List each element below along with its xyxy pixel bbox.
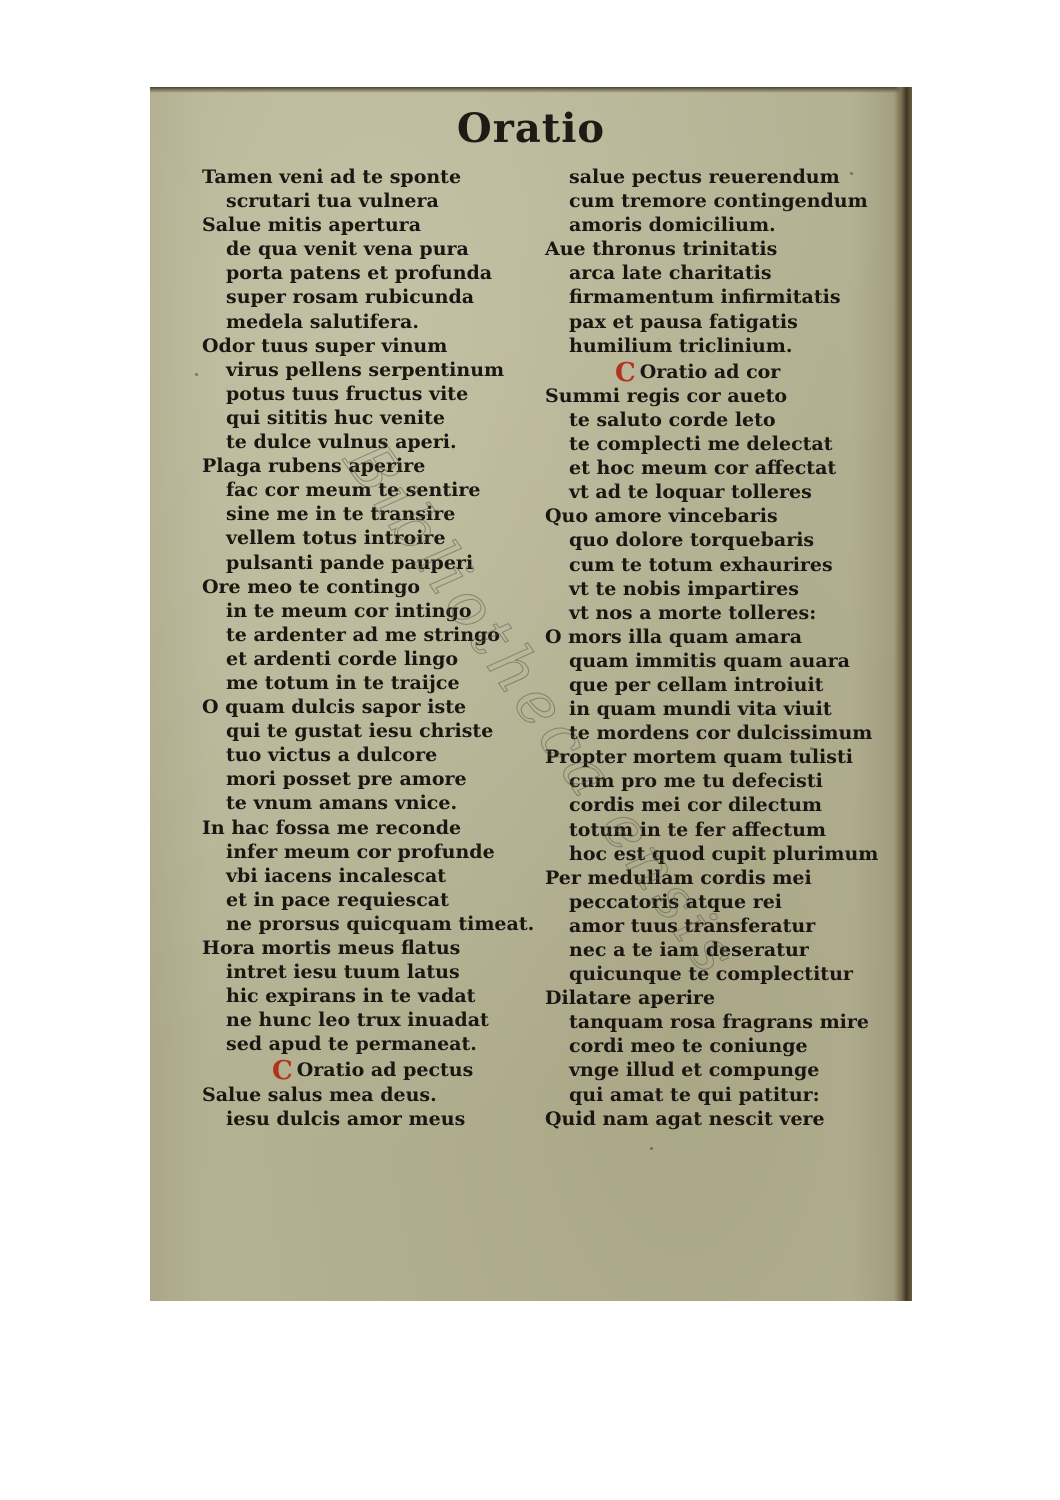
verse-text: iesu dulcis amor meus	[226, 1108, 465, 1130]
page-gutter-edge	[894, 87, 912, 1301]
verse-text: Tamen veni ad te sponte	[202, 166, 461, 188]
verse-line: medela salutifera.	[202, 310, 532, 334]
verse-text: vt nos a morte tolleres:	[569, 602, 816, 624]
verse-text: qui sititis huc venite	[226, 407, 445, 429]
verse-text: in quam mundi vita viuit	[569, 698, 832, 720]
verse-text: firmamentum infirmitatis	[569, 286, 841, 308]
verse-text: ne prorsus quicquam timeat.	[226, 913, 534, 935]
verse-text: te complecti me delectat	[569, 433, 833, 455]
verse-text: que per cellam introiuit	[569, 674, 823, 696]
verse-text: O mors illa quam amara	[545, 626, 802, 648]
verse-text: Aue thronus trinitatis	[545, 238, 777, 260]
verse-line: de qua venit vena pura	[202, 237, 532, 261]
verse-text: arca late charitatis	[569, 262, 772, 284]
verse-text: et hoc meum cor affectat	[569, 457, 836, 479]
verse-line: iesu dulcis amor meus	[202, 1107, 532, 1131]
verse-line: qui te gustat iesu christe	[202, 719, 532, 743]
verse-line: quam immitis quam auara	[545, 649, 875, 673]
section-heading: COratio ad cor	[545, 358, 875, 384]
verse-line: et hoc meum cor affectat	[545, 456, 875, 480]
verse-line: vnge illud et compunge	[545, 1058, 875, 1082]
verse-line: te complecti me delectat	[545, 432, 875, 456]
verse-line: qui sititis huc venite	[202, 406, 532, 430]
verse-line: O quam dulcis sapor iste	[202, 695, 532, 719]
verse-text: salue pectus reuerendum	[569, 166, 840, 188]
page-scan: Oratio Tamen veni ad te spontescrutari t…	[150, 87, 912, 1301]
rubric-initial: C	[615, 358, 636, 388]
verse-text: quo dolore torquebaris	[569, 529, 814, 551]
verse-line: scrutari tua vulnera	[202, 189, 532, 213]
verse-line: In hac fossa me reconde	[202, 816, 532, 840]
verse-text: In hac fossa me reconde	[202, 817, 461, 839]
verse-text: te dulce vulnus aperi.	[226, 431, 457, 453]
verse-text: intret iesu tuum latus	[226, 961, 460, 983]
verse-text: virus pellens serpentinum	[226, 359, 504, 381]
verse-text: sed apud te permaneat.	[226, 1033, 477, 1055]
verse-line: tanquam rosa fragrans mire	[545, 1010, 875, 1034]
verse-line: vt te nobis impartires	[545, 577, 875, 601]
ink-speck	[195, 373, 198, 376]
verse-text: pax et pausa fatigatis	[569, 311, 798, 333]
verse-text: Summi regis cor aueto	[545, 385, 787, 407]
verse-line: mori posset pre amore	[202, 767, 532, 791]
verse-line: vt ad te loquar tolleres	[545, 480, 875, 504]
verse-line: virus pellens serpentinum	[202, 358, 532, 382]
verse-text: cordi meo te coniunge	[569, 1035, 808, 1057]
verse-line: intret iesu tuum latus	[202, 960, 532, 984]
verse-line: te vnum amans vnice.	[202, 791, 532, 815]
verse-line: Aue thronus trinitatis	[545, 237, 875, 261]
verse-line: Tamen veni ad te sponte	[202, 165, 532, 189]
verse-text: te saluto corde leto	[569, 409, 776, 431]
verse-text: Odor tuus super vinum	[202, 335, 447, 357]
verse-line: te saluto corde leto	[545, 408, 875, 432]
verse-line: hic expirans in te vadat	[202, 984, 532, 1008]
verse-line: super rosam rubicunda	[202, 285, 532, 309]
verse-line: pax et pausa fatigatis	[545, 310, 875, 334]
verse-text: Hora mortis meus flatus	[202, 937, 460, 959]
verse-text: te vnum amans vnice.	[226, 792, 457, 814]
right-column: salue pectus reuerendumcum tremore conti…	[545, 165, 875, 1131]
verse-line: in quam mundi vita viuit	[545, 697, 875, 721]
verse-line: O mors illa quam amara	[545, 625, 875, 649]
ink-speck	[810, 747, 813, 750]
verse-line: ne prorsus quicquam timeat.	[202, 912, 532, 936]
verse-text: medela salutifera.	[226, 311, 419, 333]
verse-line: arca late charitatis	[545, 261, 875, 285]
verse-line: Quid nam agat nescit vere	[545, 1107, 875, 1131]
verse-text: et in pace requiescat	[226, 889, 449, 911]
verse-text: infer meum cor profunde	[226, 841, 495, 863]
verse-line: Salue mitis apertura	[202, 213, 532, 237]
ink-speck	[650, 1147, 653, 1150]
verse-text: de qua venit vena pura	[226, 238, 469, 260]
verse-text: quam immitis quam auara	[569, 650, 850, 672]
verse-text: ne hunc leo trux inuadat	[226, 1009, 489, 1031]
verse-text: scrutari tua vulnera	[226, 190, 439, 212]
verse-text: me totum in te traijce	[226, 672, 460, 694]
verse-text: porta patens et profunda	[226, 262, 492, 284]
verse-text: Salue salus mea deus.	[202, 1084, 437, 1106]
verse-line: que per cellam introiuit	[545, 673, 875, 697]
verse-line: cum tremore contingendum	[545, 189, 875, 213]
verse-line: ne hunc leo trux inuadat	[202, 1008, 532, 1032]
verse-text: Quid nam agat nescit vere	[545, 1108, 825, 1130]
verse-text: super rosam rubicunda	[226, 286, 474, 308]
verse-text: O quam dulcis sapor iste	[202, 696, 466, 718]
verse-text: mori posset pre amore	[226, 768, 467, 790]
verse-text: Salue mitis apertura	[202, 214, 421, 236]
verse-line: Salue salus mea deus.	[202, 1083, 532, 1107]
verse-line: Hora mortis meus flatus	[202, 936, 532, 960]
verse-line: humilium triclinium.	[545, 334, 875, 358]
rubric-initial: C	[272, 1056, 293, 1086]
verse-line: salue pectus reuerendum	[545, 165, 875, 189]
verse-text: cum te totum exhaurires	[569, 554, 833, 576]
verse-text: qui amat te qui patitur:	[569, 1084, 820, 1106]
verse-text: vt te nobis impartires	[569, 578, 799, 600]
verse-text: vt ad te loquar tolleres	[569, 481, 812, 503]
verse-line: vbi iacens incalescat	[202, 864, 532, 888]
verse-text: te mordens cor dulcissimum	[569, 722, 872, 744]
verse-text: Dilatare aperire	[545, 987, 715, 1009]
page-title: Oratio	[150, 105, 912, 152]
verse-line: Summi regis cor aueto	[545, 384, 875, 408]
verse-text: Oratio ad pectus	[297, 1059, 474, 1081]
verse-line: sed apud te permaneat.	[202, 1032, 532, 1056]
verse-line: cordi meo te coniunge	[545, 1034, 875, 1058]
verse-line: quo dolore torquebaris	[545, 528, 875, 552]
verse-line: cum te totum exhaurires	[545, 553, 875, 577]
verse-line: infer meum cor profunde	[202, 840, 532, 864]
verse-text: cum tremore contingendum	[569, 190, 868, 212]
verse-text: tanquam rosa fragrans mire	[569, 1011, 869, 1033]
verse-text: Quo amore vincebaris	[545, 505, 778, 527]
verse-text: vnge illud et compunge	[569, 1059, 819, 1081]
verse-text: amoris domicilium.	[569, 214, 776, 236]
verse-line: firmamentum infirmitatis	[545, 285, 875, 309]
verse-line: porta patens et profunda	[202, 261, 532, 285]
verse-text: Oratio ad cor	[640, 361, 781, 383]
verse-text: potus tuus fructus vite	[226, 383, 468, 405]
ink-speck	[850, 172, 853, 175]
verse-line: Quo amore vincebaris	[545, 504, 875, 528]
verse-line: vt nos a morte tolleres:	[545, 601, 875, 625]
verse-text: humilium triclinium.	[569, 335, 793, 357]
verse-line: qui amat te qui patitur:	[545, 1083, 875, 1107]
verse-line: Odor tuus super vinum	[202, 334, 532, 358]
verse-line: vellem totus introire	[202, 526, 532, 550]
verse-line: potus tuus fructus vite	[202, 382, 532, 406]
section-heading: COratio ad pectus	[202, 1056, 532, 1082]
verse-text: Ore meo te contingo	[202, 576, 420, 598]
verse-text: vbi iacens incalescat	[226, 865, 446, 887]
verse-line: amoris domicilium.	[545, 213, 875, 237]
verse-line: Dilatare aperire	[545, 986, 875, 1010]
page-top-edge	[150, 87, 912, 93]
verse-text: hic expirans in te vadat	[226, 985, 475, 1007]
verse-text: et ardenti corde lingo	[226, 648, 458, 670]
verse-text: tuo victus a dulcore	[226, 744, 437, 766]
verse-line: et in pace requiescat	[202, 888, 532, 912]
verse-line: tuo victus a dulcore	[202, 743, 532, 767]
verse-text: qui te gustat iesu christe	[226, 720, 493, 742]
